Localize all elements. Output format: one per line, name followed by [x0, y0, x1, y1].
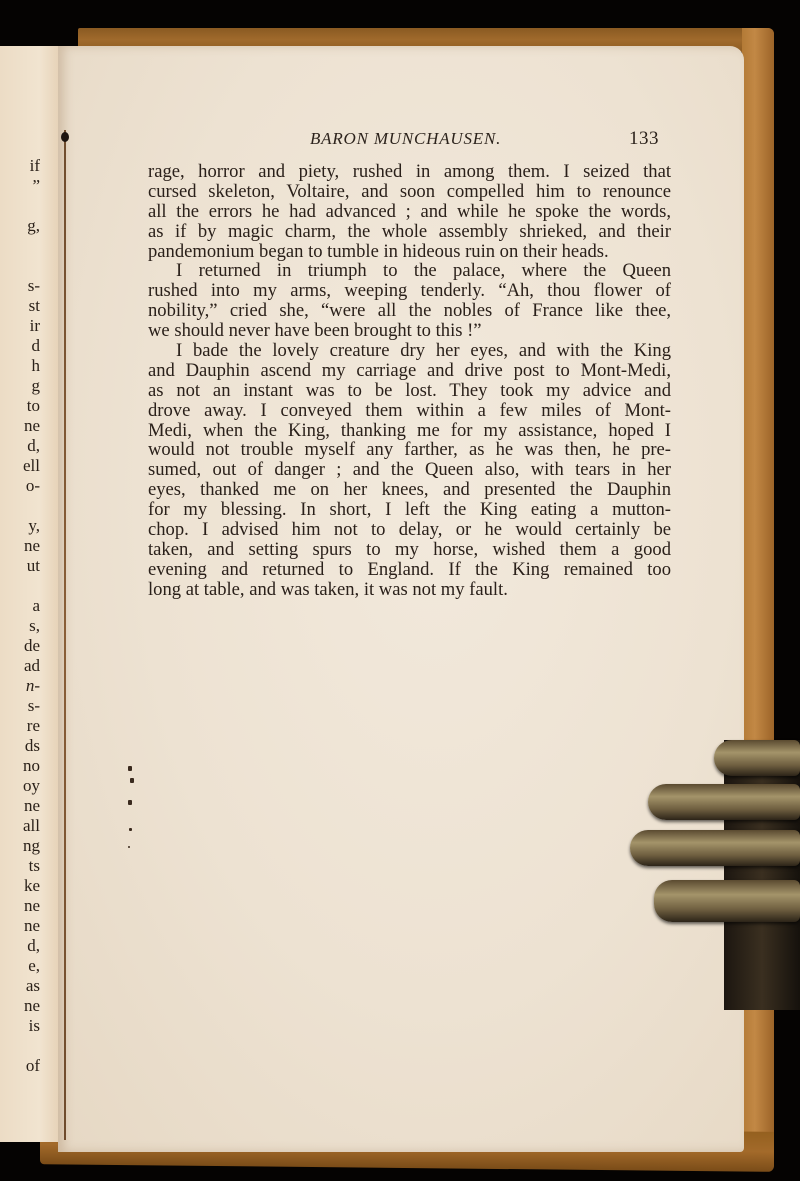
facing-page-fragment: re [0, 716, 40, 736]
facing-page-fragment: ke [0, 876, 40, 896]
text-line: long at table, and was taken, it was not… [148, 580, 671, 600]
text-line: sumed, out of danger ; and the Queen als… [148, 460, 671, 480]
text-line: rushed into my arms, weeping tenderly. “… [148, 281, 671, 301]
page-number: 133 [629, 128, 659, 150]
facing-page-fragment: all [0, 816, 40, 836]
text-line: we should never have been brought to thi… [148, 321, 671, 341]
holder-finger [714, 740, 800, 776]
facing-page-fragment [0, 196, 40, 216]
facing-page-fragment: ne [0, 916, 40, 936]
facing-page-fragment: h [0, 356, 40, 376]
facing-page-fragment: s- [0, 696, 40, 716]
facing-page-fragment: as [0, 976, 40, 996]
holder-base [724, 740, 800, 1010]
holder-finger [654, 880, 800, 922]
text-line: taken, and setting spurs to my horse, wi… [148, 540, 671, 560]
text-line: as if by magic charm, the whole assembly… [148, 222, 671, 242]
facing-page-fragment: s- [0, 276, 40, 296]
text-line: evening and returned to England. If the … [148, 560, 671, 580]
facing-page-fragment: n- [0, 676, 40, 696]
text-line: Medi, when the King, thanking me for my … [148, 421, 671, 441]
facing-page-fragment [0, 496, 40, 516]
facing-page-fragment [0, 256, 40, 276]
facing-page-fragment: of [0, 1056, 40, 1076]
holder-finger [630, 830, 800, 866]
facing-page-fragment: ell [0, 456, 40, 476]
holder-finger [648, 784, 800, 820]
text-line: pandemonium began to tumble in hideous r… [148, 242, 671, 262]
facing-page-fragment: ad [0, 656, 40, 676]
facing-page-fragment [0, 236, 40, 256]
text-line: eyes, thanked me on her knees, and prese… [148, 480, 671, 500]
facing-page-fragment: oy [0, 776, 40, 796]
facing-page-fragment: a [0, 596, 40, 616]
facing-page-fragment [0, 576, 40, 596]
running-head: BARON MUNCHAUSEN. [310, 129, 501, 149]
facing-page-fragment: st [0, 296, 40, 316]
text-line: I returned in triumph to the palace, whe… [148, 261, 671, 281]
text-line: all the errors he had advanced ; and whi… [148, 202, 671, 222]
facing-page-fragment: no [0, 756, 40, 776]
facing-page-fragment: ts [0, 856, 40, 876]
page-body-text: rage, horror and piety, rushed in among … [148, 162, 671, 600]
facing-page-fragment: e, [0, 956, 40, 976]
facing-page-fragment: de [0, 636, 40, 656]
facing-page-fragment: ” [0, 176, 40, 196]
facing-page-fragment: y, [0, 516, 40, 536]
facing-page-fragment: g, [0, 216, 40, 236]
facing-page-fragment: ng [0, 836, 40, 856]
facing-page-fragment: s, [0, 616, 40, 636]
facing-page-fragment: is [0, 1016, 40, 1036]
facing-page-fragment: d [0, 336, 40, 356]
text-line: nobility,” cried she, “were all the nobl… [148, 301, 671, 321]
facing-page-fragment: if [0, 156, 40, 176]
text-line: drove away. I conveyed them within a few… [148, 401, 671, 421]
facing-page-fragment: d, [0, 936, 40, 956]
facing-page-fragment: ne [0, 536, 40, 556]
ink-specks [126, 766, 136, 856]
facing-left-page: if”g,s-stirdhgtoned,ello-y,neutas,deadn-… [0, 46, 66, 1142]
facing-page-fragment: ne [0, 416, 40, 436]
text-line: would not trouble myself any farther, as… [148, 440, 671, 460]
text-line: rage, horror and piety, rushed in among … [148, 162, 671, 182]
facing-page-fragment: ne [0, 996, 40, 1016]
facing-page-fragment: ir [0, 316, 40, 336]
binding-thread-knot [61, 132, 69, 142]
text-line: chop. I advised him not to delay, or he … [148, 520, 671, 540]
facing-page-fragment: ne [0, 796, 40, 816]
facing-page-fragment: g [0, 376, 40, 396]
facing-page-fragment [0, 1036, 40, 1056]
facing-page-fragment: ne [0, 896, 40, 916]
facing-page-fragment: d, [0, 436, 40, 456]
text-line: and Dauphin ascend my carriage and drive… [148, 361, 671, 381]
facing-page-text-fragments: if”g,s-stirdhgtoned,ello-y,neutas,deadn-… [0, 156, 40, 1076]
facing-page-fragment: ut [0, 556, 40, 576]
text-line: I bade the lovely creature dry her eyes,… [148, 341, 671, 361]
facing-page-fragment: to [0, 396, 40, 416]
binding-gutter-thread [64, 130, 66, 1140]
facing-page-fragment: o- [0, 476, 40, 496]
text-line: cursed skeleton, Voltaire, and soon comp… [148, 182, 671, 202]
brass-hand-page-holder [628, 740, 800, 1010]
facing-page-fragment: ds [0, 736, 40, 756]
text-line: for my blessing. In short, I left the Ki… [148, 500, 671, 520]
text-line: as not an instant was to be lost. They t… [148, 381, 671, 401]
